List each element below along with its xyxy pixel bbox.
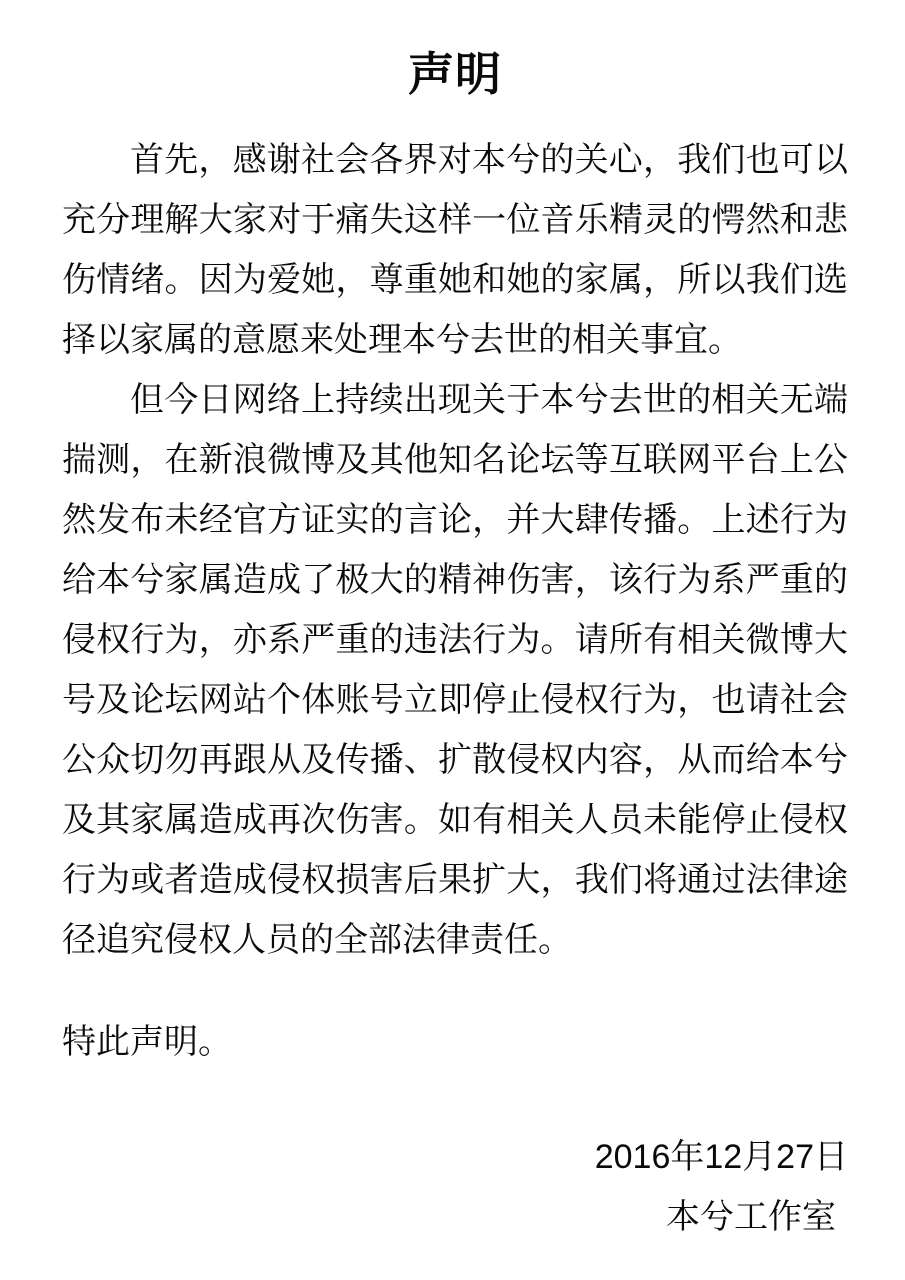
statement-document: 声明 首先，感谢社会各界对本兮的关心，我们也可以充分理解大家对于痛失这样一位音乐…	[0, 0, 905, 1280]
statement-date: 2016年12月27日	[62, 1127, 848, 1187]
signature: 本兮工作室	[62, 1187, 848, 1247]
paragraph-1: 首先，感谢社会各界对本兮的关心，我们也可以充分理解大家对于痛失这样一位音乐精灵的…	[62, 130, 848, 370]
document-body: 首先，感谢社会各界对本兮的关心，我们也可以充分理解大家对于痛失这样一位音乐精灵的…	[62, 130, 848, 970]
paragraph-2: 但今日网络上持续出现关于本兮去世的相关无端揣测，在新浪微博及其他知名论坛等互联网…	[62, 370, 848, 970]
document-title: 声明	[62, 42, 848, 106]
closing-statement: 特此声明。	[62, 1012, 848, 1072]
